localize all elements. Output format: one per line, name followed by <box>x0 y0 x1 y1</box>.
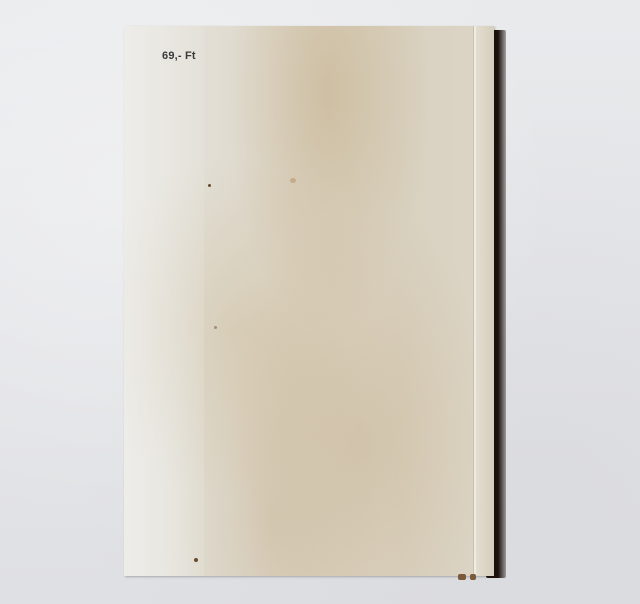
book-back-cover: 69,- Ft <box>124 26 494 576</box>
corner-damage <box>470 574 476 580</box>
corner-damage <box>458 574 466 580</box>
price-label: 69,- Ft <box>162 50 196 62</box>
stain-speck <box>194 558 198 562</box>
cover-faded-band <box>124 26 204 576</box>
book-spine-edge <box>476 26 494 576</box>
stain-speck <box>208 184 211 187</box>
stain-speck <box>214 326 217 329</box>
stain-speck <box>290 178 296 183</box>
spine-fold-line <box>474 26 476 576</box>
